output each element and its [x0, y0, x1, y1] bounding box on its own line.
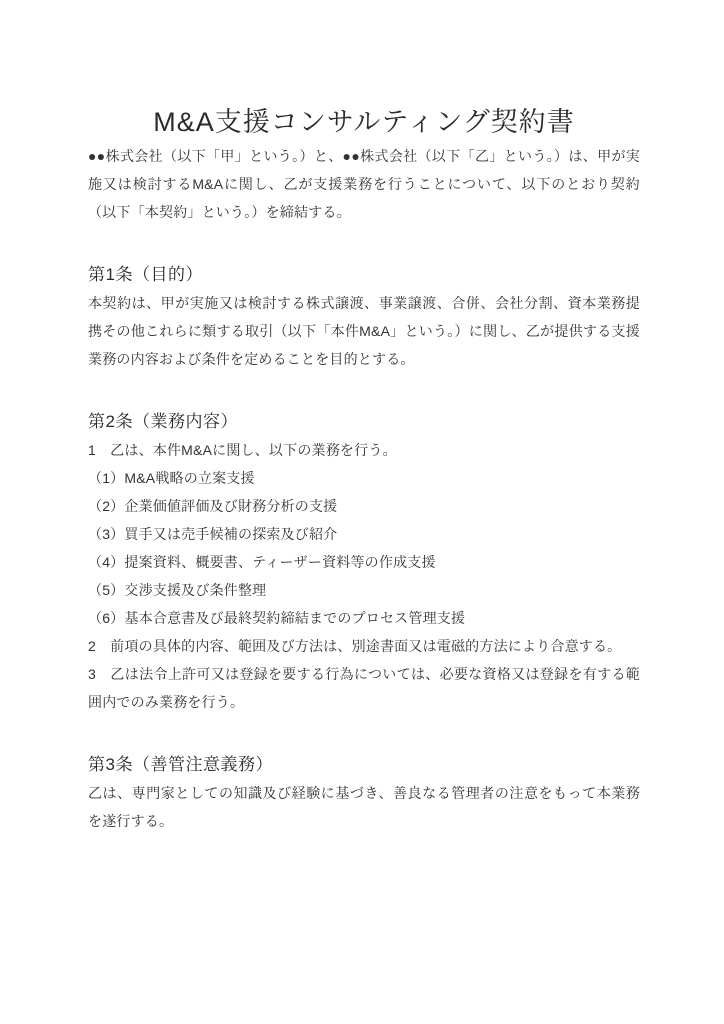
article-1-heading: 第1条（目的）: [88, 260, 640, 289]
article-2-item-4: （4）提案資料、概要書、ティーザー資料等の作成支援: [88, 548, 640, 576]
article-2-item-5: （5）交渉支援及び条件整理: [88, 576, 640, 604]
article-2-heading: 第2条（業務内容）: [88, 407, 640, 436]
contract-document-page: M&A支援コンサルティング契約書 ●●株式会社（以下「甲」という。）と、●●株式…: [0, 0, 724, 1024]
document-title: M&A支援コンサルティング契約書: [88, 102, 640, 142]
article-3-paragraph: 乙は、専門家としての知識及び経験に基づき、善良なる管理者の注意をもって本業務を遂…: [88, 779, 640, 835]
article-3: 第3条（善管注意義務） 乙は、専門家としての知識及び経験に基づき、善良なる管理者…: [88, 750, 640, 835]
article-3-heading: 第3条（善管注意義務）: [88, 750, 640, 779]
article-2-item-3: （3）買手又は売手候補の探索及び紹介: [88, 520, 640, 548]
article-2-item-6: （6）基本合意書及び最終契約締結までのプロセス管理支援: [88, 604, 640, 632]
preamble-paragraph: ●●株式会社（以下「甲」という。）と、●●株式会社（以下「乙」という。）は、甲が…: [88, 142, 640, 226]
article-2-clause-1: 1 乙は、本件M&Aに関し、以下の業務を行う。: [88, 436, 640, 464]
article-2-item-2: （2）企業価値評価及び財務分析の支援: [88, 492, 640, 520]
article-2-item-1: （1）M&A戦略の立案支援: [88, 464, 640, 492]
article-1: 第1条（目的） 本契約は、甲が実施又は検討する株式譲渡、事業譲渡、合併、会社分割…: [88, 260, 640, 373]
article-2-clause-3: 3 乙は法令上許可又は登録を要する行為については、必要な資格又は登録を有する範囲…: [88, 660, 640, 716]
article-1-paragraph: 本契約は、甲が実施又は検討する株式譲渡、事業譲渡、合併、会社分割、資本業務提携そ…: [88, 289, 640, 373]
article-2: 第2条（業務内容） 1 乙は、本件M&Aに関し、以下の業務を行う。 （1）M&A…: [88, 407, 640, 716]
article-2-clause-2: 2 前項の具体的内容、範囲及び方法は、別途書面又は電磁的方法により合意する。: [88, 632, 640, 660]
